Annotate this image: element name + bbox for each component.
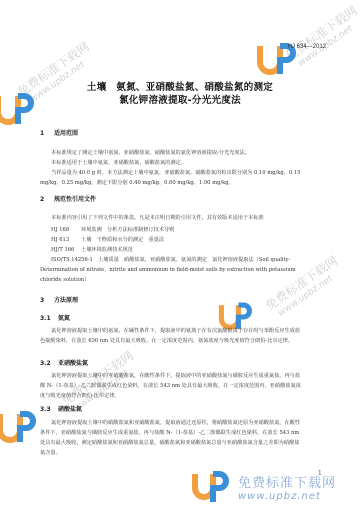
- up-logo-icon: [190, 470, 232, 504]
- reference-item: HJ/T 166土壤环境监测技术规范: [51, 246, 133, 253]
- brand-name: 免费标准下载网: [238, 472, 336, 491]
- section-1-heading: 1适用范围: [40, 128, 78, 137]
- reference-item: HJ 168环境监测 分析方法标准制修订技术导则: [51, 226, 174, 233]
- section-3-3-heading: 3.3硝酸盐氮: [40, 404, 82, 413]
- section-2-heading: 2规范性引用文件: [40, 194, 96, 203]
- section-1-paragraph: 当样品量为 40.0 g 时，本方法测定土壤中氨氮、亚硝酸盐氮、硝酸盐氮的检出限…: [40, 168, 302, 188]
- brand-url: www.upbz.net: [238, 491, 336, 502]
- document-page: 免费标准下载网 www.upbz.net 免费标准下载网 www.upbz.ne…: [0, 0, 360, 509]
- section-3-1-text: 氯化钾溶液提取土壤中的氨氮，在碱性条件下，提取液中的氨离子在有次氯酸根离子存在时…: [40, 326, 302, 346]
- reference-item-iso: ISO/TS 14256-1 土壤质量 硝酸盐氮、亚硝酸盐氮、氨氮的测定 氯化钾…: [40, 255, 302, 285]
- section-1-paragraph: 本标准规定了测定土壤中氨氮、亚硝酸盐氮、硝酸盐氮的氯化钾溶液提取-分光光度法。: [40, 148, 302, 158]
- section-2-intro: 本标准内容引用了下列文件中的条款。凡是未注明日期的引用文件，其有效版本适用于本标…: [40, 213, 302, 223]
- section-3-2-heading: 3.2亚硝酸盐氮: [40, 358, 88, 367]
- up-logo-icon: [0, 408, 36, 448]
- standard-number: HJ 634—2012: [288, 44, 326, 50]
- reference-item: HJ 613土壤 干物质和水分的测定 重量法: [51, 236, 164, 243]
- document-title-line1: 土壤 氨氮、亚硝酸盐氮、硝酸盐氮的测定: [0, 79, 360, 93]
- section-3-2-text: 氯化钾溶液提取土壤中的亚硝酸盐氮，在酸性条件下，提取液中的亚硝酸盐氮与磺胺反应生…: [40, 371, 302, 401]
- section-3-1-heading: 3.1氨氮: [40, 313, 70, 322]
- footer-brand: 免费标准下载网 www.upbz.net: [190, 470, 336, 504]
- section-1-paragraph: 本标准适用于土壤中氨氮、亚硝酸盐氮、硝酸盐氮的测定。: [40, 158, 302, 168]
- section-3-heading: 3方法原理: [40, 295, 78, 304]
- section-3-3-text: 氯化钾溶液提取土壤中的硝酸盐氮和亚硝酸盐氮，提取液通过还原柱，将硝酸盐氮还原为亚…: [40, 418, 302, 458]
- document-title-line2: 氯化钾溶液提取-分光光度法: [0, 92, 360, 106]
